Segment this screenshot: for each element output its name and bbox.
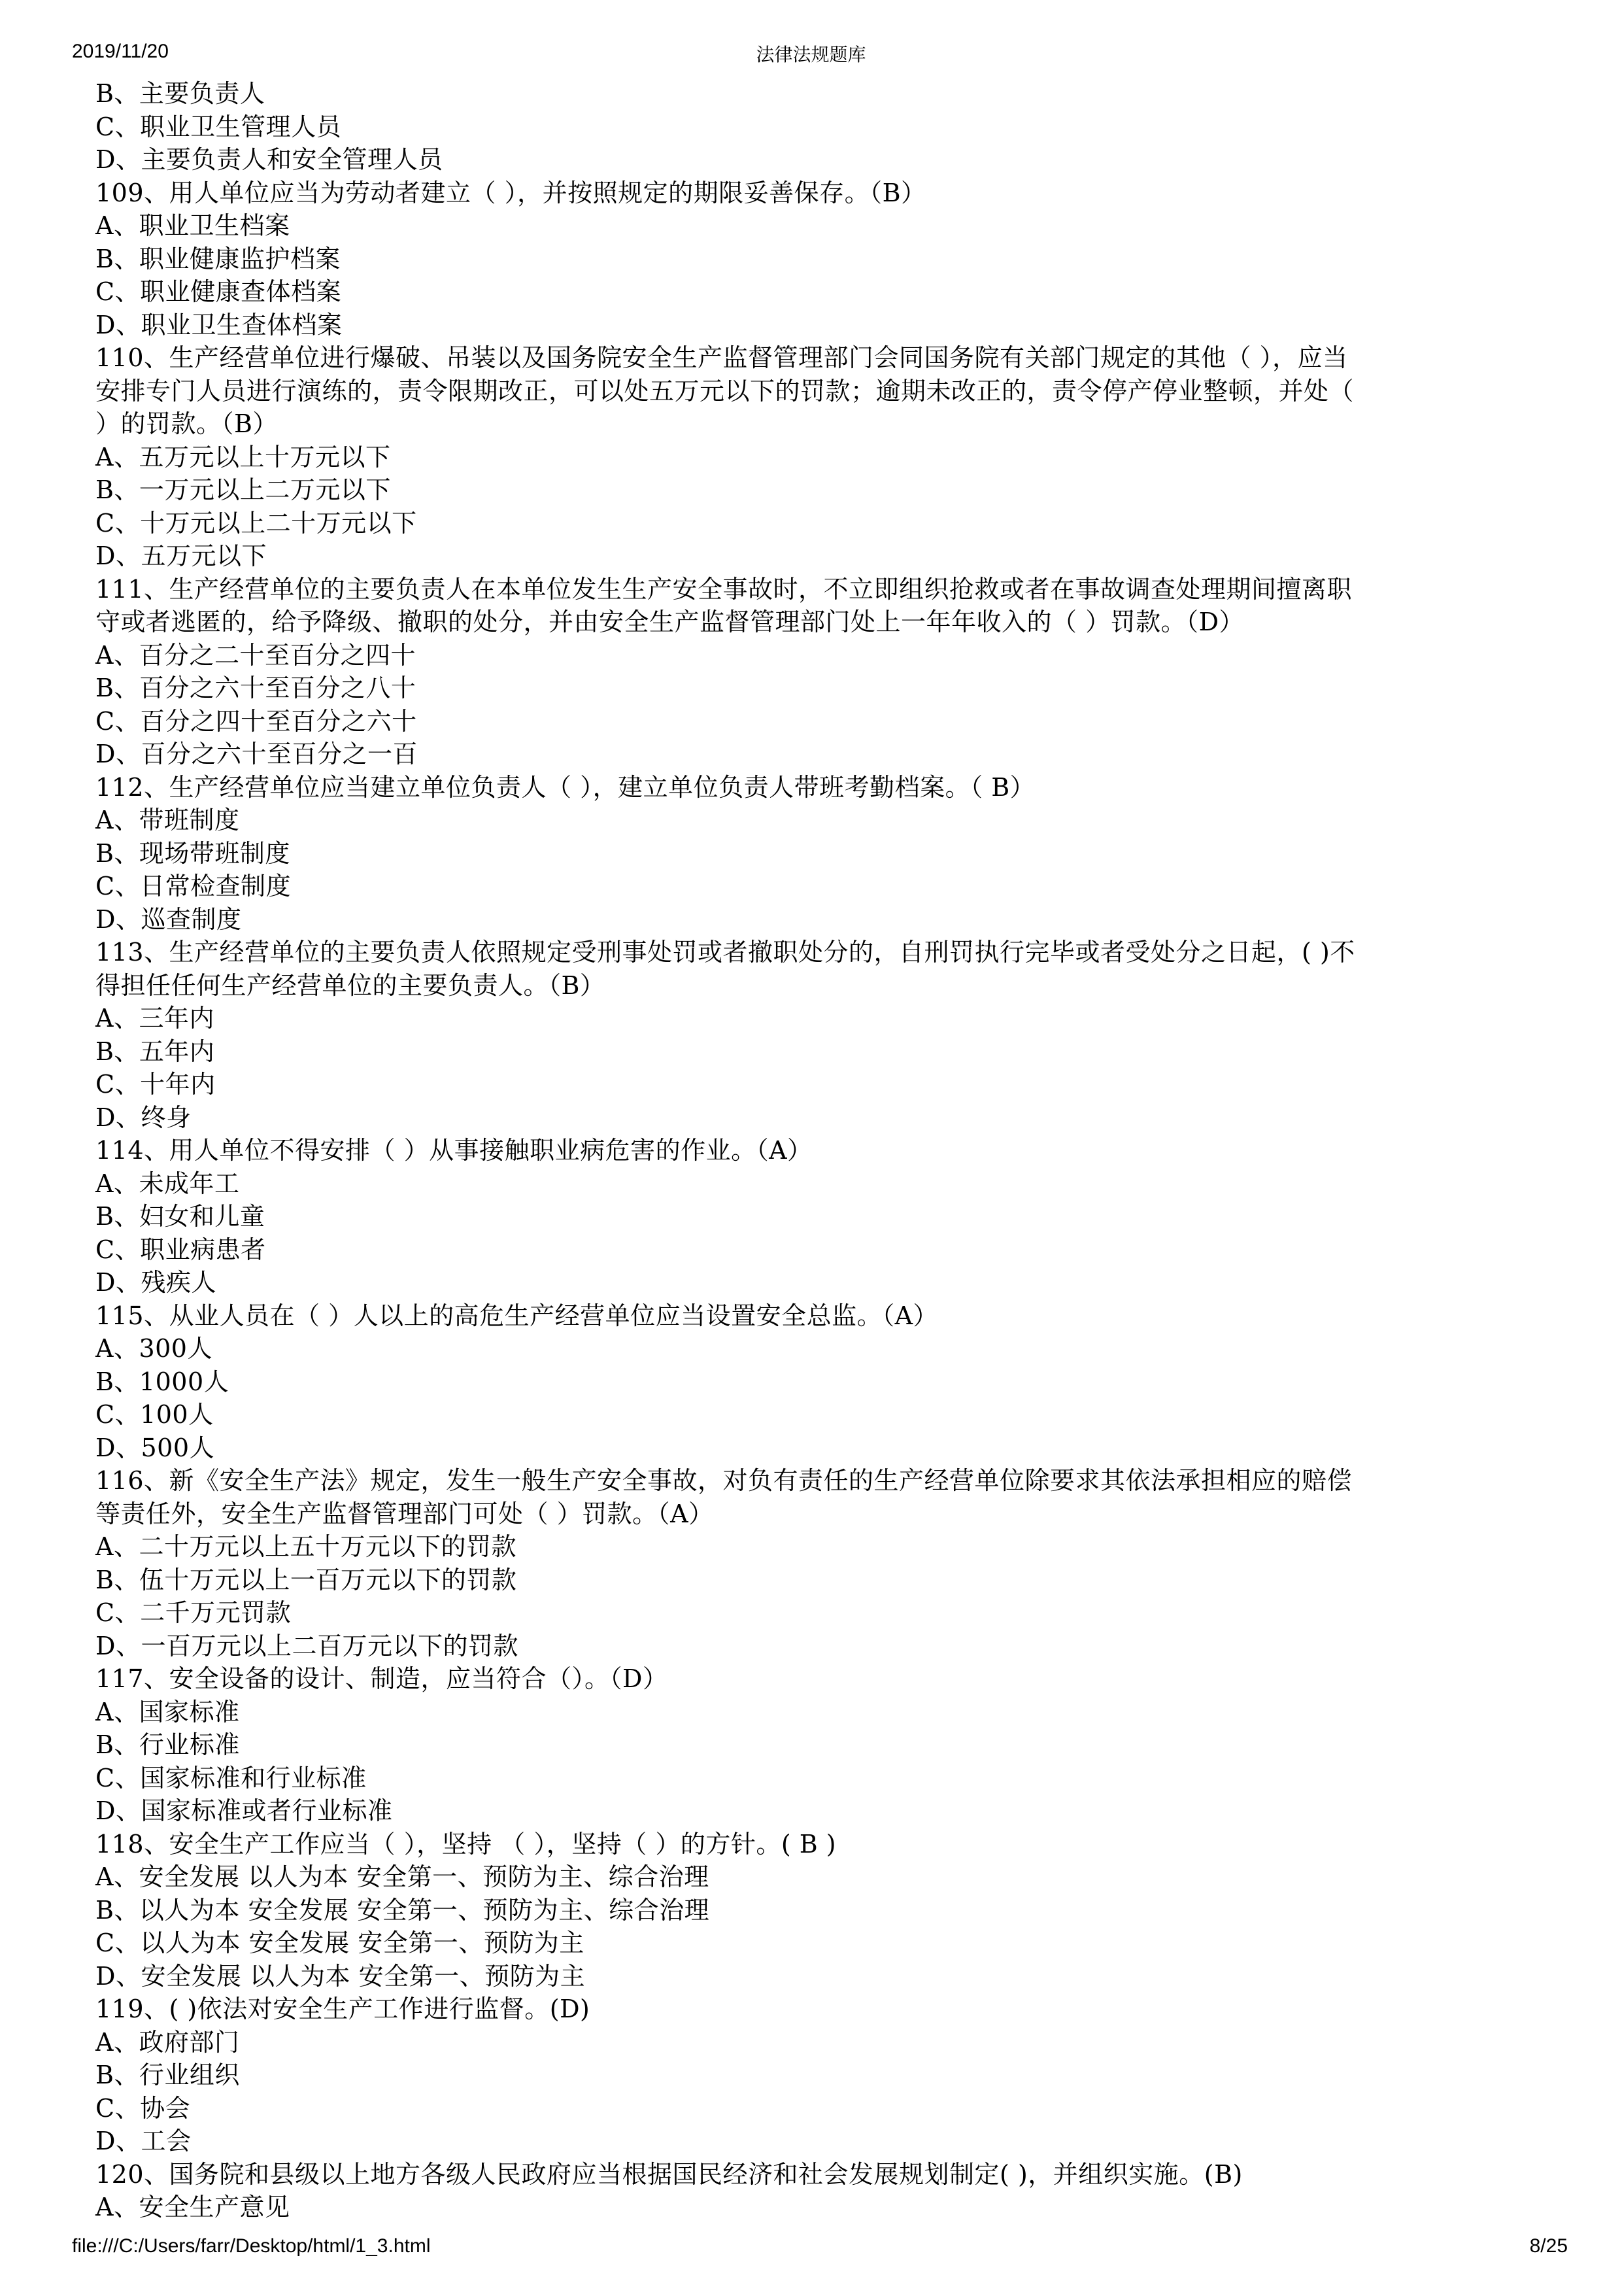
option-a: A、百分之二十至百分之四十 <box>95 639 1540 672</box>
question-text: 116、新《安全生产法》规定，发生一般生产安全事故，对负有责任的生产经营单位除要… <box>95 1464 1540 1498</box>
question-115: 115、从业人员在（ ）人以上的高危生产经营单位应当设置安全总监。（A） A、3… <box>95 1299 1540 1465</box>
file-url: file:///C:/Users/farr/Desktop/html/1_3.h… <box>72 2235 431 2257</box>
question-120: 120、国务院和县级以上地方各级人民政府应当根据国民经济和社会发展规划制定( )… <box>95 2158 1540 2224</box>
option-a: A、带班制度 <box>95 804 1540 837</box>
option-d: D、500人 <box>95 1431 1540 1465</box>
option-c: C、100人 <box>95 1398 1540 1431</box>
option-b: B、行业组织 <box>95 2059 1540 2092</box>
option-d: D、国家标准或者行业标准 <box>95 1794 1540 1828</box>
question-text: 118、安全生产工作应当（ ），坚持 （ ），坚持（ ）的方针。( B ) <box>95 1828 1540 1861</box>
option-b: B、以人为本 安全发展 安全第一、预防为主、综合治理 <box>95 1894 1540 1927</box>
option-a: A、300人 <box>95 1332 1540 1365</box>
option-b: B、行业标准 <box>95 1728 1540 1762</box>
option-a: A、安全发展 以人为本 安全第一、预防为主、综合治理 <box>95 1860 1540 1894</box>
question-119: 119、( )依法对安全生产工作进行监督。(D) A、政府部门 B、行业组织 C… <box>95 1993 1540 2158</box>
option-line: B、主要负责人 <box>95 77 1540 111</box>
option-c: C、职业病患者 <box>95 1233 1540 1267</box>
print-header: 2019/11/20 法律法规题库 <box>0 41 1622 67</box>
option-b: B、一万元以上二万元以下 <box>95 473 1540 507</box>
question-text: 109、用人单位应当为劳动者建立（ ），并按照规定的期限妥善保存。（B） <box>95 177 1540 210</box>
question-text: 115、从业人员在（ ）人以上的高危生产经营单位应当设置安全总监。（A） <box>95 1299 1540 1333</box>
option-a: A、国家标准 <box>95 1696 1540 1729</box>
question-text: 得担任任何生产经营单位的主要负责人。（B） <box>95 969 1540 1002</box>
option-d: D、一百万元以上二百万元以下的罚款 <box>95 1630 1540 1663</box>
question-110: 110、生产经营单位进行爆破、吊装以及国务院安全生产监督管理部门会同国务院有关部… <box>95 341 1540 573</box>
option-c: C、协会 <box>95 2092 1540 2125</box>
print-footer: file:///C:/Users/farr/Desktop/html/1_3.h… <box>0 2235 1622 2261</box>
question-text: 117、安全设备的设计、制造，应当符合（）。（D） <box>95 1662 1540 1696</box>
option-b: B、百分之六十至百分之八十 <box>95 672 1540 705</box>
question-bank-content: B、主要负责人 C、职业卫生管理人员 D、主要负责人和安全管理人员 109、用人… <box>95 77 1540 2224</box>
question-114: 114、用人单位不得安排（ ）从事接触职业病危害的作业。（A） A、未成年工 B… <box>95 1134 1540 1299</box>
option-c: C、百分之四十至百分之六十 <box>95 705 1540 738</box>
document-title: 法律法规题库 <box>0 41 1622 67</box>
question-text: 112、生产经营单位应当建立单位负责人（ ），建立单位负责人带班考勤档案。（ B… <box>95 771 1540 804</box>
option-b: B、职业健康监护档案 <box>95 243 1540 276</box>
option-a: A、职业卫生档案 <box>95 209 1540 243</box>
question-118: 118、安全生产工作应当（ ），坚持 （ ），坚持（ ）的方针。( B ) A、… <box>95 1828 1540 1993</box>
option-a: A、二十万元以上五十万元以下的罚款 <box>95 1530 1540 1564</box>
question-text: 120、国务院和县级以上地方各级人民政府应当根据国民经济和社会发展规划制定( )… <box>95 2158 1540 2191</box>
question-109: 109、用人单位应当为劳动者建立（ ），并按照规定的期限妥善保存。（B） A、职… <box>95 177 1540 342</box>
option-c: C、十万元以上二十万元以下 <box>95 507 1540 540</box>
option-line: D、主要负责人和安全管理人员 <box>95 143 1540 177</box>
option-a: A、安全生产意见 <box>95 2191 1540 2224</box>
question-116: 116、新《安全生产法》规定，发生一般生产安全事故，对负有责任的生产经营单位除要… <box>95 1464 1540 1662</box>
page-number: 8/25 <box>1530 2235 1568 2257</box>
option-c: C、国家标准和行业标准 <box>95 1762 1540 1795</box>
option-b: B、伍十万元以上一百万元以下的罚款 <box>95 1564 1540 1597</box>
option-d: D、工会 <box>95 2125 1540 2158</box>
question-text: 119、( )依法对安全生产工作进行监督。(D) <box>95 1993 1540 2026</box>
option-a: A、三年内 <box>95 1002 1540 1035</box>
option-c: C、以人为本 安全发展 安全第一、预防为主 <box>95 1927 1540 1960</box>
option-c: C、十年内 <box>95 1068 1540 1101</box>
option-c: C、日常检查制度 <box>95 870 1540 903</box>
question-text: 111、生产经营单位的主要负责人在本单位发生生产安全事故时，不立即组织抢救或者在… <box>95 573 1540 606</box>
question-112: 112、生产经营单位应当建立单位负责人（ ），建立单位负责人带班考勤档案。（ B… <box>95 771 1540 936</box>
option-d: D、残疾人 <box>95 1266 1540 1299</box>
question-text: ）的罚款。（B） <box>95 407 1540 441</box>
question-text: 114、用人单位不得安排（ ）从事接触职业病危害的作业。（A） <box>95 1134 1540 1167</box>
option-d: D、职业卫生查体档案 <box>95 309 1540 342</box>
option-a: A、五万元以上十万元以下 <box>95 441 1540 474</box>
question-text: 等责任外，安全生产监督管理部门可处（ ）罚款。（A） <box>95 1498 1540 1531</box>
option-a: A、未成年工 <box>95 1167 1540 1201</box>
question-text: 安排专门人员进行演练的，责令限期改正，可以处五万元以下的罚款；逾期未改正的，责令… <box>95 375 1540 408</box>
question-113: 113、生产经营单位的主要负责人依照规定受刑事处罚或者撤职处分的，自刑罚执行完毕… <box>95 936 1540 1134</box>
option-d: D、安全发展 以人为本 安全第一、预防为主 <box>95 1960 1540 1993</box>
option-d: D、百分之六十至百分之一百 <box>95 738 1540 771</box>
option-b: B、五年内 <box>95 1035 1540 1069</box>
option-d: D、五万元以下 <box>95 540 1540 573</box>
option-c: C、二千万元罚款 <box>95 1596 1540 1630</box>
option-c: C、职业健康查体档案 <box>95 275 1540 309</box>
question-117: 117、安全设备的设计、制造，应当符合（）。（D） A、国家标准 B、行业标准 … <box>95 1662 1540 1828</box>
option-d: D、终身 <box>95 1101 1540 1135</box>
question-text: 113、生产经营单位的主要负责人依照规定受刑事处罚或者撤职处分的，自刑罚执行完毕… <box>95 936 1540 969</box>
option-b: B、现场带班制度 <box>95 837 1540 870</box>
question-text: 守或者逃匿的，给予降级、撤职的处分，并由安全生产监督管理部门处上一年年收入的（ … <box>95 606 1540 639</box>
option-a: A、政府部门 <box>95 2026 1540 2059</box>
question-text: 110、生产经营单位进行爆破、吊装以及国务院安全生产监督管理部门会同国务院有关部… <box>95 341 1540 375</box>
option-line: C、职业卫生管理人员 <box>95 111 1540 144</box>
continued-options: B、主要负责人 C、职业卫生管理人员 D、主要负责人和安全管理人员 <box>95 77 1540 177</box>
option-b: B、妇女和儿童 <box>95 1200 1540 1233</box>
option-d: D、巡查制度 <box>95 903 1540 936</box>
question-111: 111、生产经营单位的主要负责人在本单位发生生产安全事故时，不立即组织抢救或者在… <box>95 573 1540 771</box>
option-b: B、1000人 <box>95 1365 1540 1399</box>
